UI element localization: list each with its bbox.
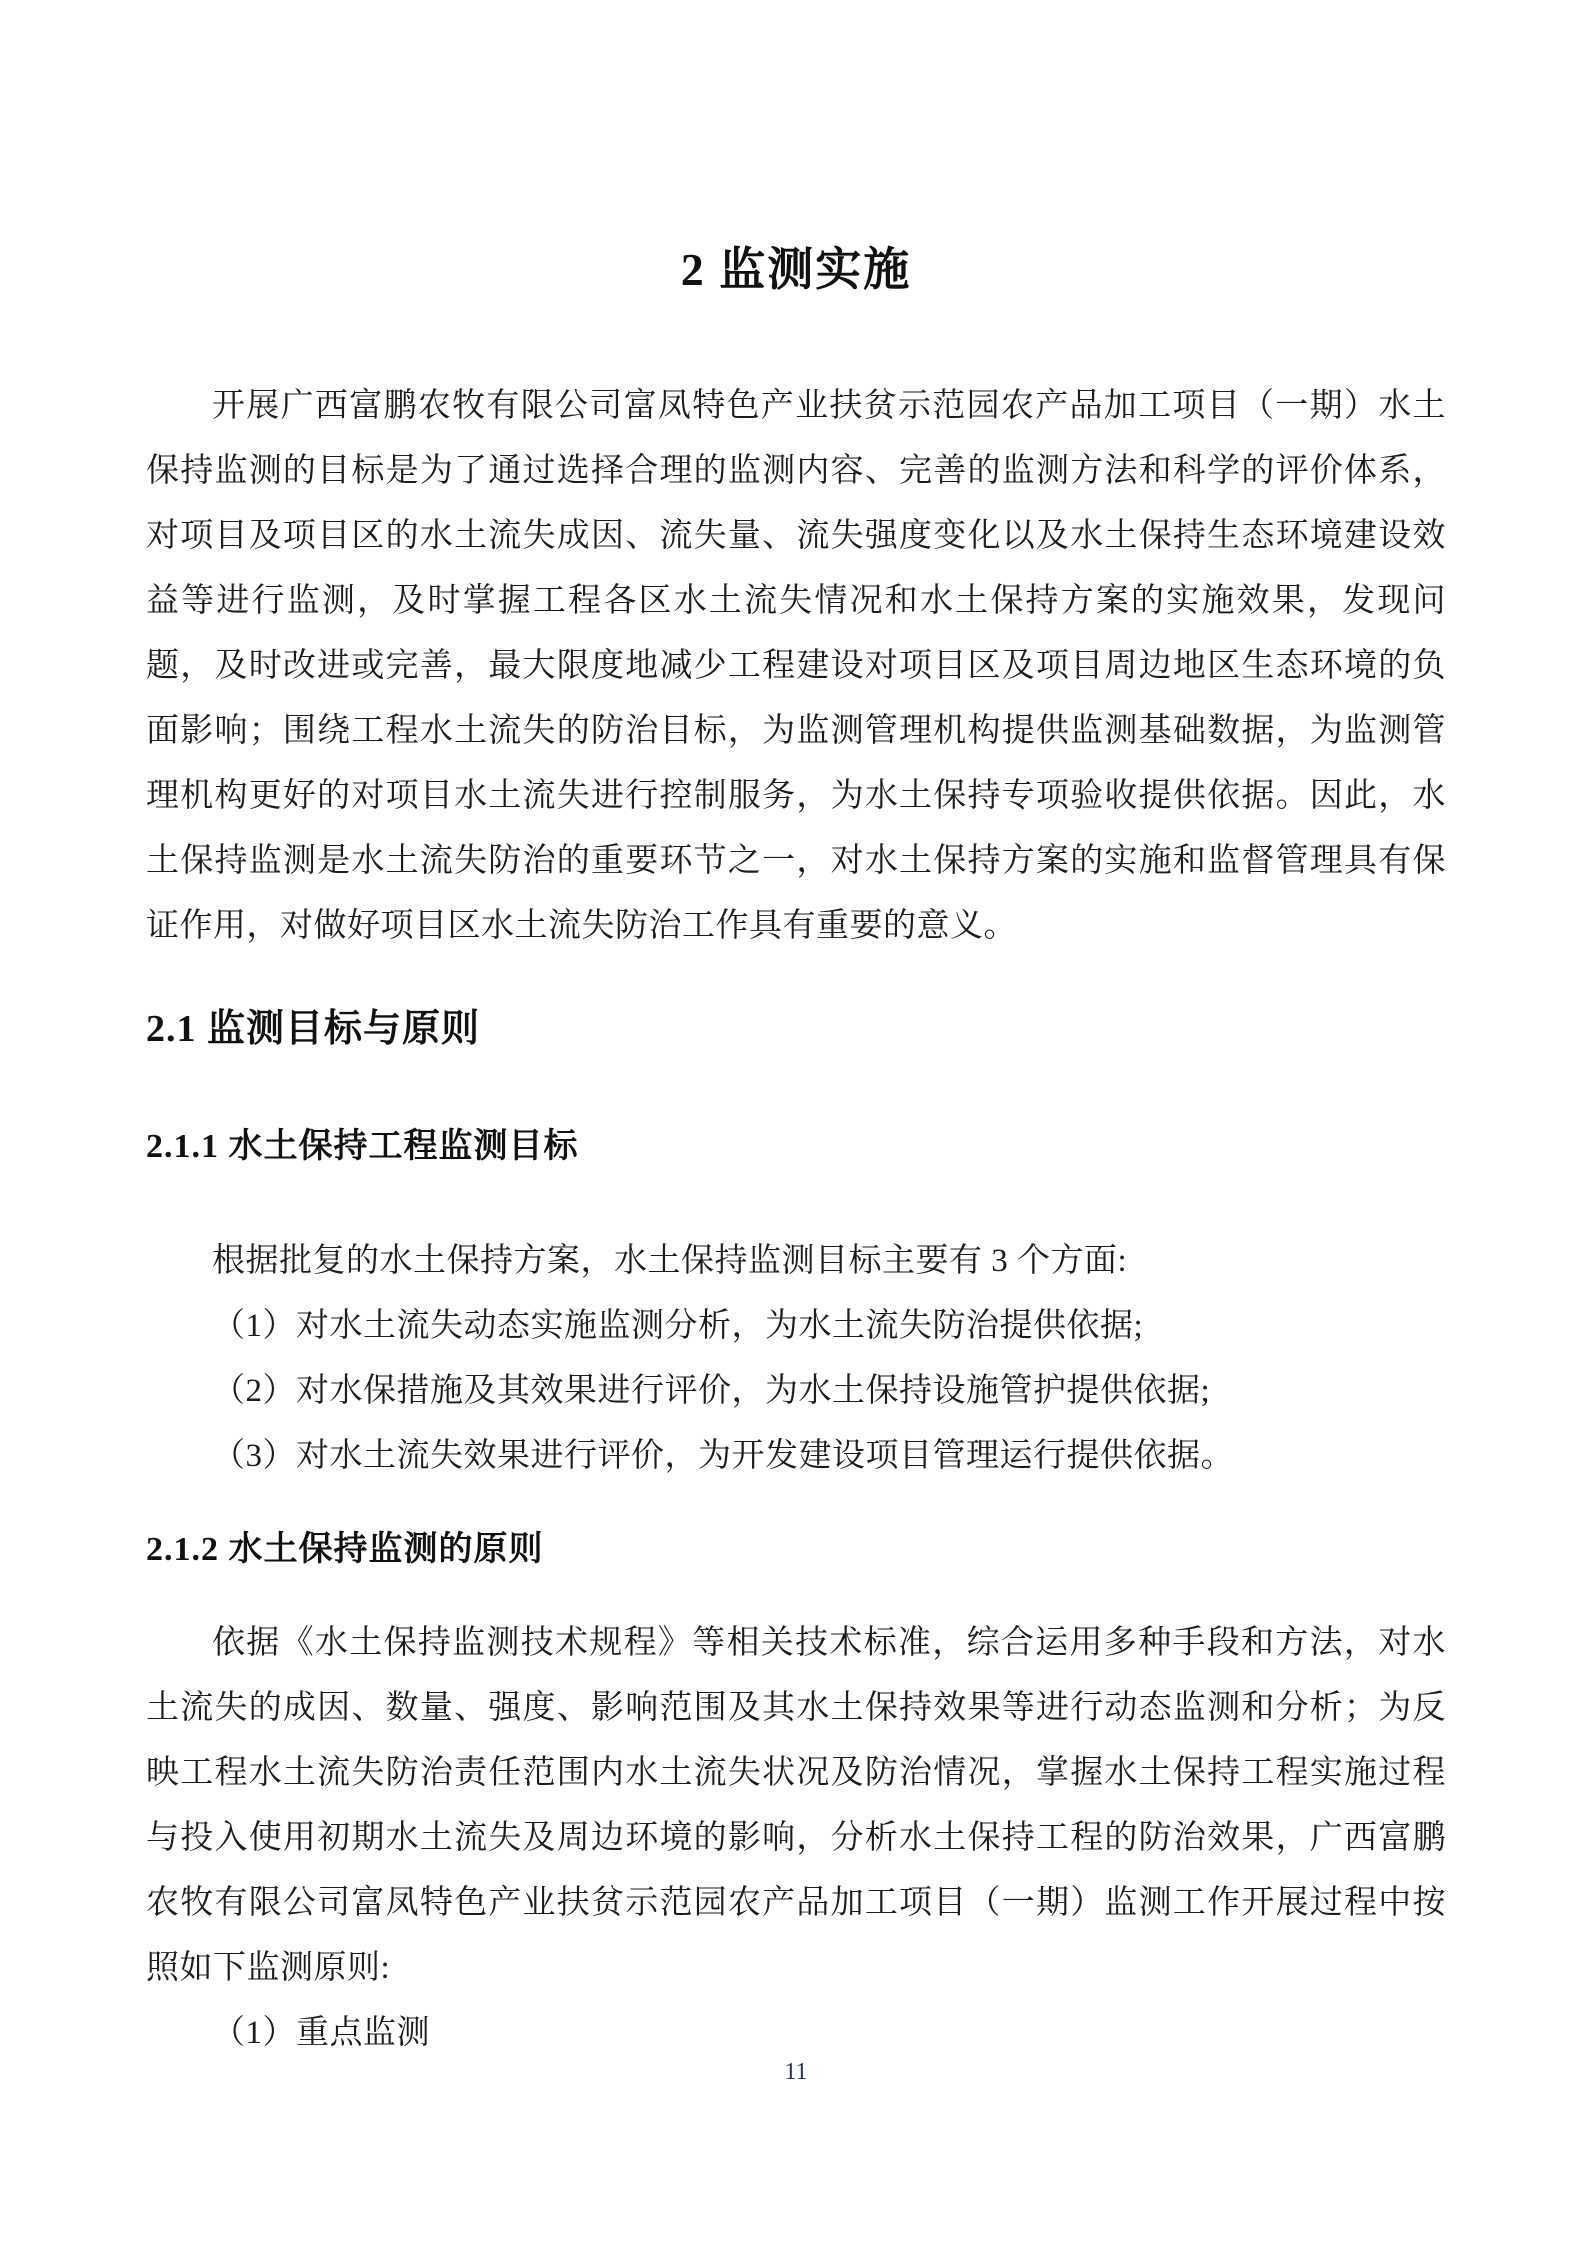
- principles-paragraph: 依据《水土保持监测技术规程》等相关技术标准，综合运用多种手段和方法，对水土流失的…: [146, 1611, 1446, 2001]
- section-2-1-heading: 2.1 监测目标与原则: [146, 1004, 1446, 1054]
- goal-item-3: （3）对水土流失效果进行评价，为开发建设项目管理运行提供依据。: [146, 1424, 1446, 1489]
- monitoring-goals-block: 根据批复的水土保持方案，水土保持监测目标主要有 3 个方面: （1）对水土流失动…: [146, 1229, 1446, 1489]
- section-2-1-2-heading: 2.1.2 水土保持监测的原则: [146, 1527, 1446, 1573]
- chapter-title: 2 监测实施: [146, 240, 1446, 300]
- section-2-1-1-heading: 2.1.1 水土保持工程监测目标: [146, 1124, 1446, 1170]
- chapter-intro-paragraph: 开展广西富鹏农牧有限公司富凤特色产业扶贫示范园农产品加工项目（一期）水土保持监测…: [146, 374, 1446, 959]
- page-content: 2 监测实施 开展广西富鹏农牧有限公司富凤特色产业扶贫示范园农产品加工项目（一期…: [146, 0, 1446, 2087]
- goals-intro-line: 根据批复的水土保持方案，水土保持监测目标主要有 3 个方面:: [146, 1229, 1446, 1294]
- goal-item-2: （2）对水保措施及其效果进行评价，为水土保持设施管护提供依据;: [146, 1359, 1446, 1424]
- goal-item-1: （1）对水土流失动态实施监测分析，为水土流失防治提供依据;: [146, 1294, 1446, 1359]
- document-page: 2 监测实施 开展广西富鹏农牧有限公司富凤特色产业扶贫示范园农产品加工项目（一期…: [0, 0, 1587, 2245]
